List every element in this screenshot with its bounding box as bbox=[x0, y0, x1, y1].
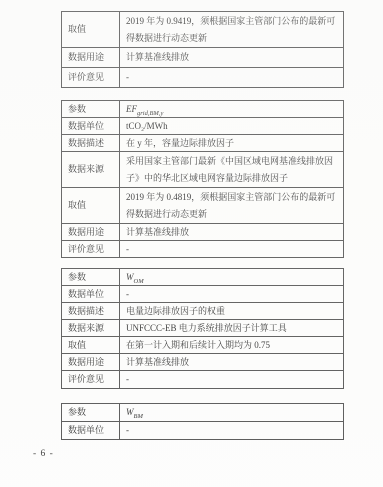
table-row: 数据单位 - bbox=[62, 422, 344, 440]
row-label: 评价意见 bbox=[62, 68, 120, 88]
table-row: 数据用途 计算基准线排放 bbox=[62, 354, 344, 371]
row-label: 参数 bbox=[62, 269, 120, 286]
parameter-main: W bbox=[126, 407, 134, 417]
table-row: 取值 2019 年为 0.9419，须根据国家主管部门公布的最新可得数据进行动态… bbox=[62, 12, 344, 48]
row-value: UNFCCC-EB 电力系统排放因子计算工具 bbox=[120, 320, 344, 337]
row-value: - bbox=[120, 241, 344, 258]
row-label: 取值 bbox=[62, 12, 120, 48]
parameter-symbol: WOM bbox=[126, 272, 144, 282]
parameter-subscript: OM bbox=[134, 277, 144, 284]
table-row: 数据来源 采用国家主管部门最新《中国区域电网基准线排放因子》中的华北区域电网容量… bbox=[62, 152, 344, 188]
parameter-subscript: grid,BM,y bbox=[137, 109, 163, 116]
table-row: 数据描述 电量边际排放因子的权重 bbox=[62, 303, 344, 320]
row-value: - bbox=[120, 68, 344, 88]
row-label: 数据用途 bbox=[62, 48, 120, 68]
row-value: 计算基准线排放 bbox=[120, 48, 344, 68]
row-value: tCO₂/MWh bbox=[120, 118, 344, 135]
row-label: 取值 bbox=[62, 337, 120, 354]
parameter-table-w-bm: 参数 WBM 数据单位 - bbox=[61, 403, 344, 440]
row-value: - bbox=[120, 286, 344, 303]
row-value: 在 y 年，容量边际排放因子 bbox=[120, 135, 344, 152]
row-label: 数据来源 bbox=[62, 320, 120, 337]
row-value-parameter: WOM bbox=[120, 269, 344, 286]
table-row: 数据用途 计算基准线排放 bbox=[62, 224, 344, 241]
row-value-parameter: WBM bbox=[120, 404, 344, 422]
table-row: 数据来源 UNFCCC-EB 电力系统排放因子计算工具 bbox=[62, 320, 344, 337]
row-value: - bbox=[120, 422, 344, 440]
row-value-parameter: EFgrid,BM,y bbox=[120, 101, 344, 118]
table-row: 数据用途 计算基准线排放 bbox=[62, 48, 344, 68]
table-row: 参数 WOM bbox=[62, 269, 344, 286]
row-label: 数据单位 bbox=[62, 286, 120, 303]
document-page: 取值 2019 年为 0.9419，须根据国家主管部门公布的最新可得数据进行动态… bbox=[0, 0, 383, 487]
row-value: 2019 年为 0.9419，须根据国家主管部门公布的最新可得数据进行动态更新 bbox=[120, 12, 344, 48]
row-label: 评价意见 bbox=[62, 241, 120, 258]
parameter-table-fragment: 取值 2019 年为 0.9419，须根据国家主管部门公布的最新可得数据进行动态… bbox=[61, 11, 344, 88]
parameter-table-ef-grid-bm: 参数 EFgrid,BM,y 数据单位 tCO₂/MWh 数据描述 在 y 年，… bbox=[61, 100, 344, 258]
row-label: 数据用途 bbox=[62, 354, 120, 371]
table-row: 数据单位 - bbox=[62, 286, 344, 303]
table-row: 参数 WBM bbox=[62, 404, 344, 422]
row-value: 在第一计入期和后续计入期均为 0.75 bbox=[120, 337, 344, 354]
parameter-main: EF bbox=[126, 104, 137, 114]
table-row: 参数 EFgrid,BM,y bbox=[62, 101, 344, 118]
table-row: 数据描述 在 y 年，容量边际排放因子 bbox=[62, 135, 344, 152]
parameter-symbol: WBM bbox=[126, 407, 143, 417]
table-row: 评价意见 - bbox=[62, 371, 344, 389]
row-value: 电量边际排放因子的权重 bbox=[120, 303, 344, 320]
row-value: 2019 年为 0.4819，须根据国家主管部门公布的最新可得数据进行动态更新 bbox=[120, 188, 344, 224]
table-row: 取值 2019 年为 0.4819，须根据国家主管部门公布的最新可得数据进行动态… bbox=[62, 188, 344, 224]
row-value: 采用国家主管部门最新《中国区域电网基准线排放因子》中的华北区域电网容量边际排放因… bbox=[120, 152, 344, 188]
row-label: 数据描述 bbox=[62, 303, 120, 320]
table-row: 数据单位 tCO₂/MWh bbox=[62, 118, 344, 135]
row-value: - bbox=[120, 371, 344, 389]
row-label: 参数 bbox=[62, 101, 120, 118]
parameter-table-w-om: 参数 WOM 数据单位 - 数据描述 电量边际排放因子的权重 数据来源 UNFC… bbox=[61, 268, 344, 389]
row-label: 取值 bbox=[62, 188, 120, 224]
table-row: 评价意见 - bbox=[62, 68, 344, 88]
parameter-main: W bbox=[126, 272, 134, 282]
page-number: - 6 - bbox=[33, 449, 54, 459]
row-label: 数据单位 bbox=[62, 422, 120, 440]
row-value: 计算基准线排放 bbox=[120, 354, 344, 371]
table-row: 评价意见 - bbox=[62, 241, 344, 258]
row-label: 评价意见 bbox=[62, 371, 120, 389]
row-label: 数据用途 bbox=[62, 224, 120, 241]
parameter-subscript: BM bbox=[134, 413, 143, 420]
row-label: 数据描述 bbox=[62, 135, 120, 152]
row-value: 计算基准线排放 bbox=[120, 224, 344, 241]
table-row: 取值 在第一计入期和后续计入期均为 0.75 bbox=[62, 337, 344, 354]
parameter-symbol: EFgrid,BM,y bbox=[126, 104, 163, 114]
row-label: 参数 bbox=[62, 404, 120, 422]
row-label: 数据来源 bbox=[62, 152, 120, 188]
row-label: 数据单位 bbox=[62, 118, 120, 135]
